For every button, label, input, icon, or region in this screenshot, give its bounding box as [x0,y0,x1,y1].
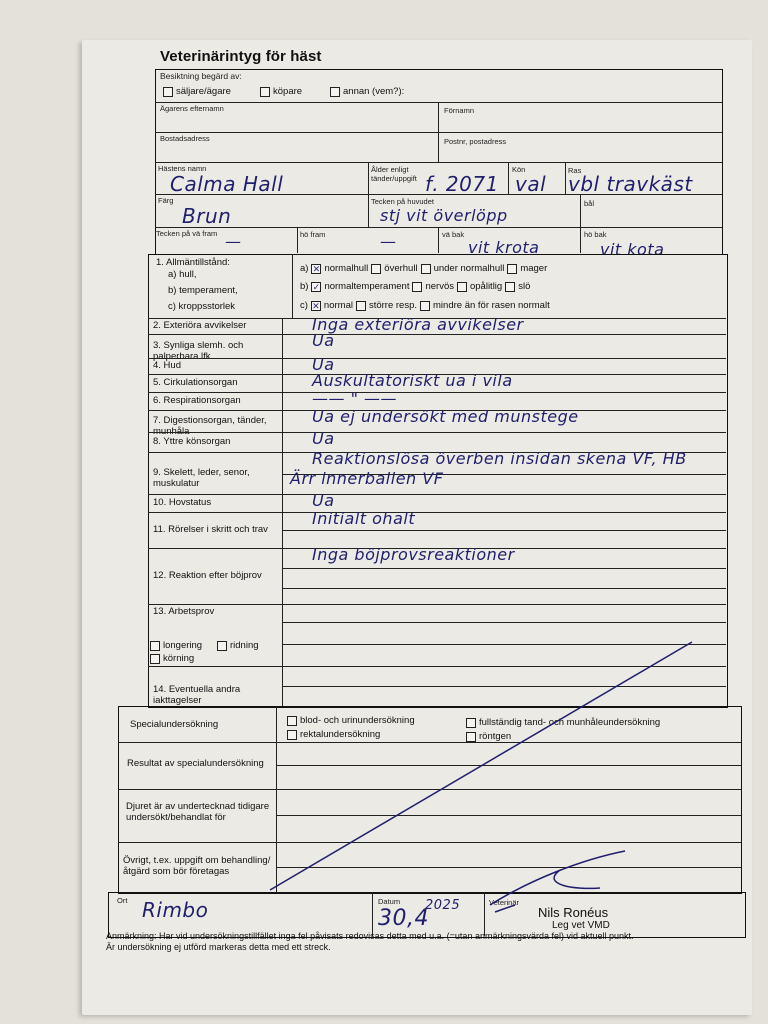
signature [490,851,625,912]
strike-through-line [0,0,768,1024]
